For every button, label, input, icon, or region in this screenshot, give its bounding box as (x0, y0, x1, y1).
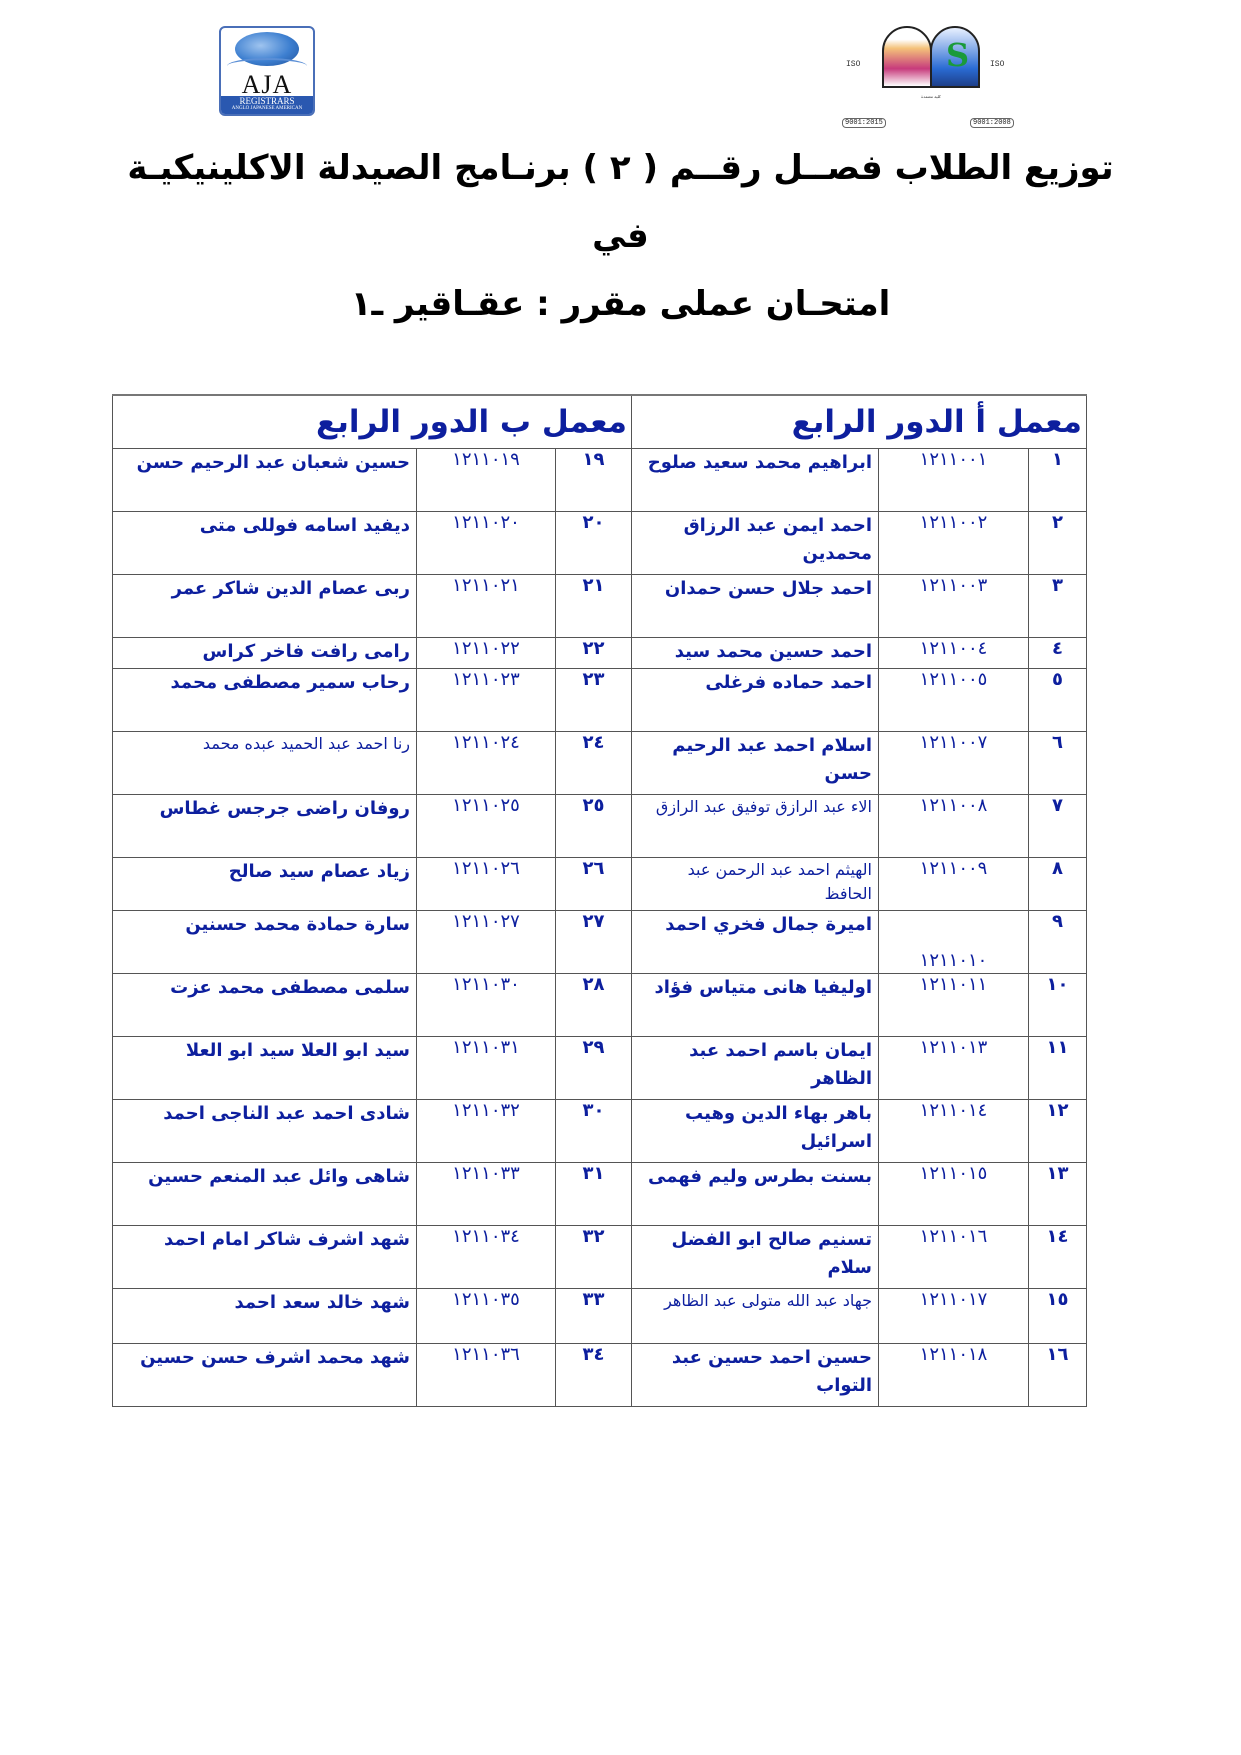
table-header-row: معمل أ الدور الرابع معمل ب الدور الرابع (113, 395, 1087, 449)
table-row: ٦١٢١١٠٠٧اسلام احمد عبد الرحيم حسن٢٤١٢١١٠… (113, 732, 1087, 795)
lab-b-serial: ٢٩ (556, 1037, 632, 1100)
lab-a-header: معمل أ الدور الرابع (632, 395, 1087, 449)
aja-logo-text: AJA (221, 72, 313, 98)
lab-a-student-name: اسلام احمد عبد الرحيم حسن (632, 732, 879, 795)
lab-a-serial: ٢ (1029, 512, 1087, 575)
lab-a-student-name: ابراهيم محمد سعيد صلوح (632, 449, 879, 512)
lab-b-student-code: ١٢١١٠٢٠ (417, 512, 556, 575)
lab-b-student-name: شهد خالد سعد احمد (113, 1289, 417, 1344)
lab-a-student-code: ١٢١١٠٠٥ (879, 669, 1029, 732)
lab-a-serial: ١٠ (1029, 974, 1087, 1037)
lab-a-student-code: ١٢١١٠١٣ (879, 1037, 1029, 1100)
table-row: ٧١٢١١٠٠٨الاء عبد الرازق توفيق عبد الرازق… (113, 795, 1087, 858)
lab-a-serial: ٧ (1029, 795, 1087, 858)
lab-b-student-code: ١٢١١٠٣٢ (417, 1100, 556, 1163)
lab-a-serial: ١ (1029, 449, 1087, 512)
university-faculty-logo: S ISO ISO كلية معتمدة 9001:2015 9001:200… (842, 22, 1017, 130)
table-row: ٩١٢١١٠١٠اميرة جمال فخري احمد٢٧١٢١١٠٢٧سار… (113, 911, 1087, 974)
lab-b-student-name: سلمى مصطفى محمد عزت (113, 974, 417, 1037)
lab-a-student-name: احمد ايمن عبد الرزاق محمدين (632, 512, 879, 575)
lab-a-student-code: ١٢١١٠٠٧ (879, 732, 1029, 795)
lab-b-student-code: ١٢١١٠٢٧ (417, 911, 556, 974)
lab-b-student-name: شهد اشرف شاكر امام احمد (113, 1226, 417, 1289)
table-body: ١١٢١١٠٠١ابراهيم محمد سعيد صلوح١٩١٢١١٠١٩ح… (113, 449, 1087, 1407)
table-row: ١١٢١١٠٠١ابراهيم محمد سعيد صلوح١٩١٢١١٠١٩ح… (113, 449, 1087, 512)
lab-a-student-code: ١٢١١٠٠٨ (879, 795, 1029, 858)
table-row: ٢١٢١١٠٠٢احمد ايمن عبد الرزاق محمدين٢٠١٢١… (113, 512, 1087, 575)
lab-a-student-code: ١٢١١٠١٠ (879, 911, 1029, 974)
table-row: ١٤١٢١١٠١٦تسنيم صالح ابو الفضل سلام٣٢١٢١١… (113, 1226, 1087, 1289)
lab-b-serial: ٣٢ (556, 1226, 632, 1289)
lab-b-student-name: شاهى وائل عبد المنعم حسين (113, 1163, 417, 1226)
lab-a-student-code: ١٢١١٠٠٩ (879, 858, 1029, 911)
lab-b-serial: ٢١ (556, 575, 632, 638)
lab-b-student-code: ١٢١١٠٣٤ (417, 1226, 556, 1289)
lab-a-serial: ٥ (1029, 669, 1087, 732)
snake-bowl-icon: S (946, 36, 969, 74)
lab-a-serial: ١٦ (1029, 1344, 1087, 1407)
lab-b-serial: ٢٠ (556, 512, 632, 575)
lab-a-student-name: جهاد عبد الله متولى عبد الظاهر (632, 1289, 879, 1344)
lab-a-student-code: ١٢١١٠٠٤ (879, 638, 1029, 669)
iso-cert-right: 9001:2008 (970, 118, 1014, 128)
lab-b-student-code: ١٢١١٠٣٦ (417, 1344, 556, 1407)
lab-b-serial: ٢٢ (556, 638, 632, 669)
lab-a-serial: ١٤ (1029, 1226, 1087, 1289)
iso-label-right: ISO (990, 60, 1004, 69)
lab-a-student-name: احمد جلال حسن حمدان (632, 575, 879, 638)
lab-b-student-name: رنا احمد عبد الحميد عبده محمد (113, 732, 417, 795)
lab-b-student-code: ١٢١١٠٢٦ (417, 858, 556, 911)
lab-b-serial: ٣٤ (556, 1344, 632, 1407)
lab-b-student-code: ١٢١١٠٣٠ (417, 974, 556, 1037)
lab-b-student-code: ١٢١١٠٣٥ (417, 1289, 556, 1344)
lab-b-student-code: ١٢١١٠٣٣ (417, 1163, 556, 1226)
table-row: ١٢١٢١١٠١٤باهر بهاء الدين وهيب اسرائيل٣٠١… (113, 1100, 1087, 1163)
lab-b-student-code: ١٢١١٠٣١ (417, 1037, 556, 1100)
lab-b-student-code: ١٢١١٠٢٤ (417, 732, 556, 795)
lab-b-header: معمل ب الدور الرابع (113, 395, 632, 449)
lab-a-student-code: ١٢١١٠٠٢ (879, 512, 1029, 575)
lab-b-student-name: حسين شعبان عبد الرحيم حسن (113, 449, 417, 512)
lab-a-serial: ١٣ (1029, 1163, 1087, 1226)
lab-b-serial: ٢٥ (556, 795, 632, 858)
lab-a-serial: ٨ (1029, 858, 1087, 911)
lab-b-student-name: سيد ابو العلا سيد ابو العلا (113, 1037, 417, 1100)
lab-b-student-name: رامى رافت فاخر كراس (113, 638, 417, 669)
lab-b-student-name: زياد عصام سيد صالح (113, 858, 417, 911)
lab-b-serial: ١٩ (556, 449, 632, 512)
table-row: ٥١٢١١٠٠٥احمد حماده فرغلى٢٣١٢١١٠٢٣رحاب سم… (113, 669, 1087, 732)
lab-a-student-code: ١٢١١٠١١ (879, 974, 1029, 1037)
lab-a-student-code: ١٢١١٠١٨ (879, 1344, 1029, 1407)
lab-b-student-code: ١٢١١٠٢٢ (417, 638, 556, 669)
iso-cert-left: 9001:2015 (842, 118, 886, 128)
lab-b-student-name: ربى عصام الدين شاكر عمر (113, 575, 417, 638)
lab-a-student-name: احمد حسين محمد سيد (632, 638, 879, 669)
lab-a-student-code: ١٢١١٠١٥ (879, 1163, 1029, 1226)
lab-b-serial: ٢٣ (556, 669, 632, 732)
lab-a-student-code: ١٢١١٠١٤ (879, 1100, 1029, 1163)
table-row: ٨١٢١١٠٠٩الهيثم احمد عبد الرحمن عبد الحاف… (113, 858, 1087, 911)
university-emblem-icon (882, 26, 932, 88)
table-row: ١١١٢١١٠١٣ايمان باسم احمد عبد الظاهر٢٩١٢١… (113, 1037, 1087, 1100)
lab-b-serial: ٢٤ (556, 732, 632, 795)
lab-a-serial: ١١ (1029, 1037, 1087, 1100)
table-row: ١٦١٢١١٠١٨حسين احمد حسين عبد التواب٣٤١٢١١… (113, 1344, 1087, 1407)
lab-a-student-name: احمد حماده فرغلى (632, 669, 879, 732)
lab-b-serial: ٢٦ (556, 858, 632, 911)
lab-b-student-code: ١٢١١٠٢٣ (417, 669, 556, 732)
student-distribution-table: معمل أ الدور الرابع معمل ب الدور الرابع … (112, 394, 1087, 1407)
lab-b-student-code: ١٢١١٠١٩ (417, 449, 556, 512)
accreditation-caption: كلية معتمدة (876, 94, 986, 118)
iso-label-left: ISO (846, 60, 860, 69)
table-row: ١٣١٢١١٠١٥بسنت بطرس وليم فهمى٣١١٢١١٠٣٣شاه… (113, 1163, 1087, 1226)
lab-a-student-name: حسين احمد حسين عبد التواب (632, 1344, 879, 1407)
lab-b-student-name: شادى احمد عبد الناجى احمد (113, 1100, 417, 1163)
aja-registrars-logo: AJA REGISTRARS ANGLO JAPANESE AMERICAN (219, 26, 315, 116)
lab-a-student-code: ١٢١١٠١٦ (879, 1226, 1029, 1289)
lab-b-serial: ٢٨ (556, 974, 632, 1037)
aja-logo-band: REGISTRARS ANGLO JAPANESE AMERICAN (221, 96, 313, 114)
lab-b-student-code: ١٢١١٠٢٥ (417, 795, 556, 858)
aja-logo-registrars: REGISTRARS (239, 96, 294, 106)
lab-b-student-name: ديفيد اسامه فوللى متى (113, 512, 417, 575)
lab-a-student-name: اوليفيا هانى متياس فؤاد (632, 974, 879, 1037)
lab-a-serial: ١٢ (1029, 1100, 1087, 1163)
table-row: ٤١٢١١٠٠٤احمد حسين محمد سيد٢٢١٢١١٠٢٢رامى … (113, 638, 1087, 669)
table-row: ١٥١٢١١٠١٧جهاد عبد الله متولى عبد الظاهر٣… (113, 1289, 1087, 1344)
lab-b-serial: ٣١ (556, 1163, 632, 1226)
lab-b-serial: ٣٣ (556, 1289, 632, 1344)
lab-a-student-code: ١٢١١٠٠٣ (879, 575, 1029, 638)
lab-a-student-name: تسنيم صالح ابو الفضل سلام (632, 1226, 879, 1289)
lab-a-serial: ٤ (1029, 638, 1087, 669)
aja-logo-subtitle: ANGLO JAPANESE AMERICAN (221, 106, 313, 112)
page-title-in: في (0, 216, 1241, 256)
lab-a-student-name: اميرة جمال فخري احمد (632, 911, 879, 974)
lab-b-serial: ٣٠ (556, 1100, 632, 1163)
lab-a-student-name: بسنت بطرس وليم فهمى (632, 1163, 879, 1226)
lab-b-student-name: سارة حمادة محمد حسنين (113, 911, 417, 974)
lab-a-student-code: ١٢١١٠١٧ (879, 1289, 1029, 1344)
lab-a-serial: ٩ (1029, 911, 1087, 974)
lab-a-student-name: الاء عبد الرازق توفيق عبد الرازق (632, 795, 879, 858)
lab-b-student-name: شهد محمد اشرف حسن حسين (113, 1344, 417, 1407)
lab-a-student-name: ايمان باسم احمد عبد الظاهر (632, 1037, 879, 1100)
lab-b-student-name: رحاب سمير مصطفى محمد (113, 669, 417, 732)
lab-a-student-name: الهيثم احمد عبد الرحمن عبد الحافظ (632, 858, 879, 911)
lab-b-student-code: ١٢١١٠٢١ (417, 575, 556, 638)
lab-a-student-name: باهر بهاء الدين وهيب اسرائيل (632, 1100, 879, 1163)
lab-b-student-name: روفان راضى جرجس غطاس (113, 795, 417, 858)
page-title: توزيع الطلاب فصــل رقــم ( ٢ ) برنـامج ا… (0, 148, 1241, 188)
lab-a-serial: ٣ (1029, 575, 1087, 638)
exam-subtitle: امتحـان عملى مقرر : عقـاقير ـ١ (0, 284, 1241, 324)
table-row: ١٠١٢١١٠١١اوليفيا هانى متياس فؤاد٢٨١٢١١٠٣… (113, 974, 1087, 1037)
lab-a-serial: ٦ (1029, 732, 1087, 795)
lab-b-serial: ٢٧ (556, 911, 632, 974)
lab-a-serial: ١٥ (1029, 1289, 1087, 1344)
table-row: ٣١٢١١٠٠٣احمد جلال حسن حمدان٢١١٢١١٠٢١ربى … (113, 575, 1087, 638)
lab-a-student-code: ١٢١١٠٠١ (879, 449, 1029, 512)
